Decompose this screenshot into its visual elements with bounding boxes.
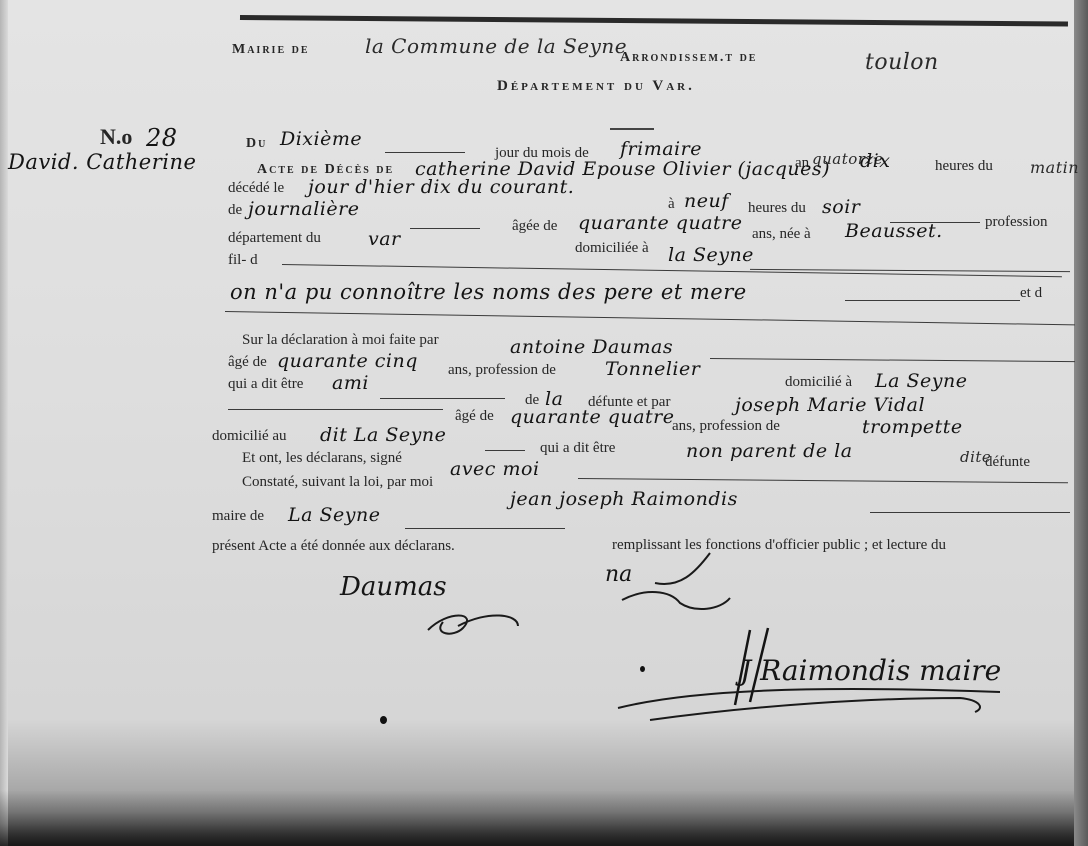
heures-du-label: heures du [748,200,806,217]
relation-label-2: qui a dit être [540,440,615,457]
et-d-label: et d [1020,285,1042,302]
signe-value: avec moi [450,458,540,480]
declarant1-domicile: La Seyne [875,370,967,392]
declarant2-profession: trompette [862,416,963,438]
domicile-value: la Seyne [668,244,754,266]
header-short-rule [610,128,654,130]
day-value: Dixième [280,128,362,150]
ink-spot [640,666,645,672]
signature-declarant1: Daumas [340,572,447,602]
fill-line [228,409,443,410]
fill-line [845,300,1020,301]
ink-spot [380,716,387,724]
heures-label: heures du [935,158,993,175]
age-label: âgée de [512,218,557,235]
declarant2-relation: non parent de la [686,440,853,462]
constate-label: Constaté, suivant la loi, par moi [242,474,433,491]
declarant2-domicile: dit La Seyne [320,424,446,446]
maire-name: jean joseph Raimondis [510,488,738,510]
departement-value: var [368,228,401,250]
domicilie-label-1: domicilié à [785,374,852,391]
signature-flourish-maire [610,620,1010,730]
ans-nee-label: ans, née à [752,226,811,243]
time-of-day: matin [1030,158,1079,177]
ans-profession-label-1: ans, profession de [448,362,556,379]
page-bottom-shadow [0,790,1074,846]
month-value: frimaire [620,138,702,160]
declarant1-relation: ami [332,372,369,394]
age-label-2: âgé de [455,408,494,425]
record-number: 28 [146,124,178,152]
page-right-edge [1074,0,1088,846]
ans-profession-label-2: ans, profession de [672,418,780,435]
age-value: quarante quatre [578,212,742,234]
signature-flourish-2 [610,548,740,618]
declarant2-name: joseph Marie Vidal [735,394,925,416]
hour-value: dix [860,150,890,172]
date-of-death: jour d'hier dix du courant. [308,176,574,198]
relation-label-1: qui a dit être [228,376,303,393]
parents-note: on n'a pu connoître les noms des pere et… [230,280,747,304]
page-left-edge [0,0,8,846]
a-label: à [668,196,675,213]
death-hour: neuf [684,190,729,212]
declarant2-age: quarante quatre [510,406,674,428]
departement-header: Département du Var. [497,78,695,95]
mairie-commune: la Commune de la Seyne [365,34,627,58]
fill-line [410,228,480,229]
declarant1-name: antoine Daumas [510,336,673,358]
fill-line [485,450,525,451]
maire-commune: La Seyne [288,504,380,526]
domicilie-label-2: domicilié au [212,428,287,445]
domicile-label: domiciliée à [575,240,649,257]
fill-line [870,512,1070,513]
profession-label: profession [985,214,1048,231]
death-time-of-day: soir [822,196,860,218]
maire-de-label: maire de [212,508,264,525]
margin-name-note: David. Catherine [8,150,196,174]
fill-line [385,152,465,153]
arrondissement-value: toulon [865,50,939,75]
age-label-1: âgé de [228,354,267,371]
du-label: Du [246,136,267,152]
fill-line [380,398,505,399]
presentation-label: présent Acte a été donnée aux déclarans. [212,538,455,555]
decede-label: décédé le [228,180,284,197]
declaration-label: Sur la déclaration à moi faite par [242,332,439,349]
mairie-label: Mairie de [232,42,310,58]
declarant1-profession: Tonnelier [605,358,700,380]
profession-value: journalière [248,198,359,220]
defunte-label: défunte [985,454,1030,471]
arrondissement-label: Arrondissem.t de [620,50,757,66]
signature-flourish-1 [418,600,528,640]
de-label: de [228,202,242,219]
departement-label: département du [228,230,321,247]
fils-label: fil- d [228,252,258,269]
signe-label: Et ont, les déclarans, signé [242,450,402,467]
record-number-label: N.o [100,124,132,150]
declarant1-age: quarante cinq [277,350,418,372]
birthplace: Beausset. [845,220,943,242]
fill-line [405,528,565,529]
